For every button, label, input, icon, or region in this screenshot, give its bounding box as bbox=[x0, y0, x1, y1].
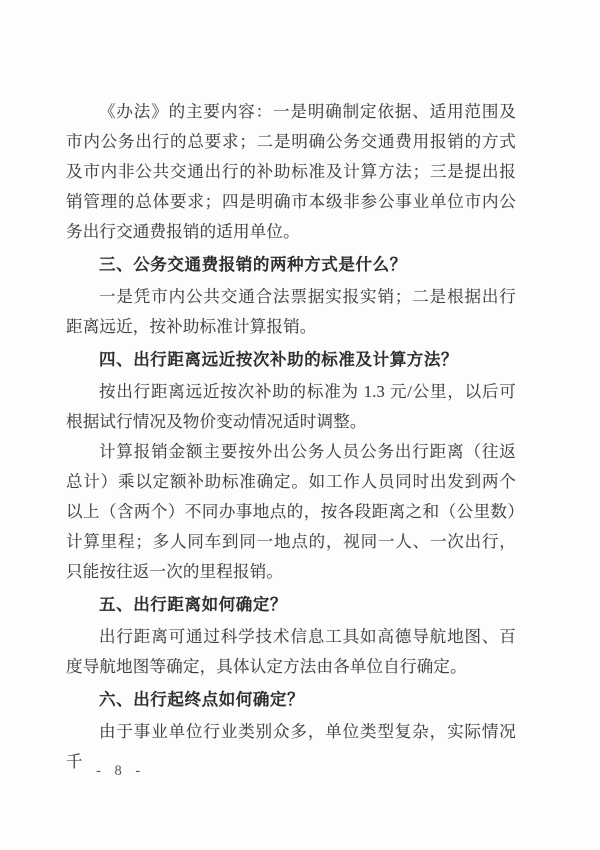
paragraph-distance-tools: 出行距离可通过科学技术信息工具如高德导航地图、百度导航地图等确定，具体认定方法由… bbox=[66, 622, 516, 682]
paragraph-two-reimbursement-methods: 一是凭市内公共交通合法票据实报实销；二是根据出行距离远近，按补助标准计算报销。 bbox=[66, 282, 516, 342]
section-heading-three-reimbursement-methods: 三、公务交通费报销的两种方式是什么？ bbox=[66, 250, 516, 280]
page-number: - 8 - bbox=[96, 763, 145, 780]
paragraph-calculation-rules: 计算报销金额主要按外出公务人员公务出行距离（往返总计）乘以定额补助标准确定。如工… bbox=[66, 437, 516, 587]
paragraph-measures-main-content: 《办法》的主要内容：一是明确制定依据、适用范围及市内公务出行的总要求；二是明确公… bbox=[66, 97, 516, 247]
document-page: 《办法》的主要内容：一是明确制定依据、适用范围及市内公务出行的总要求；二是明确公… bbox=[0, 0, 600, 850]
section-heading-four-subsidy-standard: 四、出行距离远近按次补助的标准及计算方法？ bbox=[66, 345, 516, 375]
section-heading-five-distance-determination: 五、出行距离如何确定？ bbox=[66, 590, 516, 620]
document-body: 《办法》的主要内容：一是明确制定依据、适用范围及市内公务出行的总要求；二是明确公… bbox=[66, 97, 516, 777]
paragraph-subsidy-rate: 按出行距离远近按次补助的标准为 1.3 元/公里，以后可根据试行情况及物价变动情… bbox=[66, 377, 516, 437]
section-heading-six-start-end-points: 六、出行起终点如何确定？ bbox=[66, 685, 516, 715]
